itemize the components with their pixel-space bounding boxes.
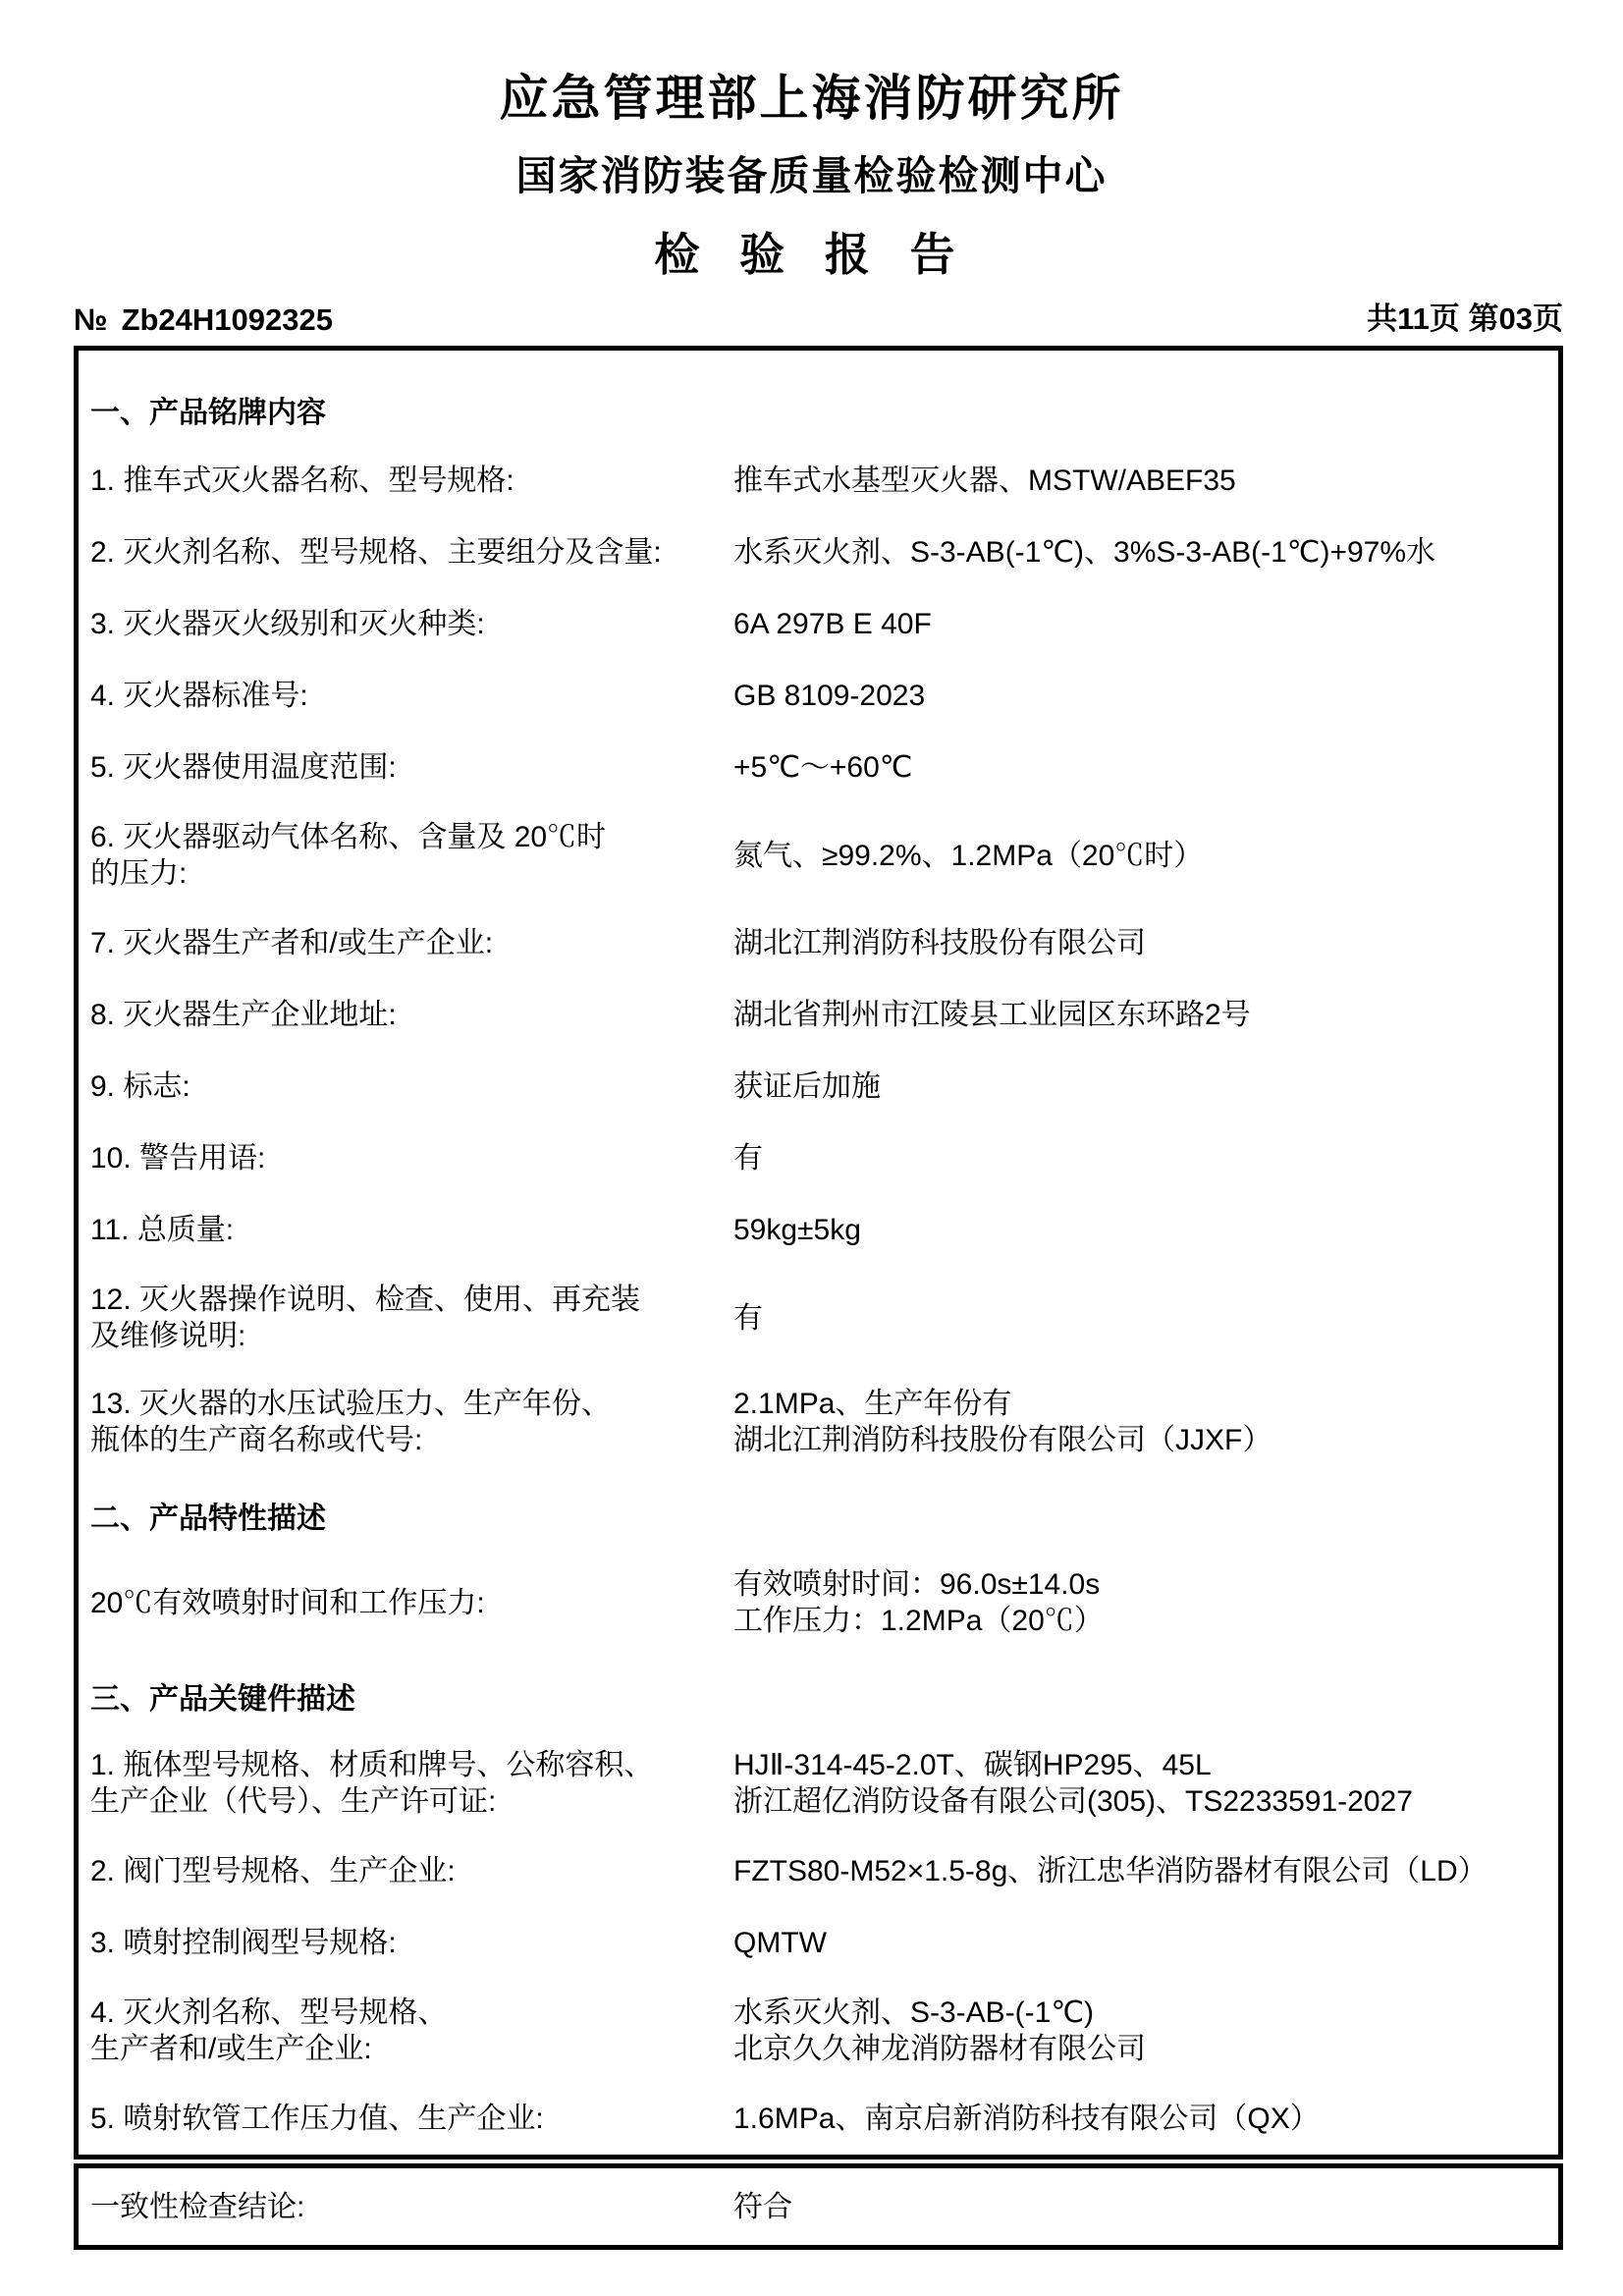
row-label: 7. 灭火器生产者和/或生产企业:	[90, 925, 733, 961]
conclusion-box: 一致性检查结论: 符合	[74, 2163, 1563, 2250]
table-row: 12. 灭火器操作说明、检查、使用、再充装 及维修说明: 有	[90, 1266, 1544, 1370]
row-value: 水系灭火剂、S-3-AB-(-1℃) 北京久久神龙消防器材有限公司	[733, 1995, 1544, 2067]
table-row: 4. 灭火器标准号: GB 8109-2023	[90, 660, 1544, 732]
report-page: 应急管理部上海消防研究所 国家消防装备质量检验检测中心 检 验 报 告 № Zb…	[0, 0, 1623, 2296]
org-name-line1: 应急管理部上海消防研究所	[0, 0, 1623, 130]
table-row: 1. 推车式灭火器名称、型号规格: 推车式水基型灭火器、MSTW/ABEF35	[90, 445, 1544, 517]
row-label: 5. 喷射软管工作压力值、生产企业:	[90, 2101, 733, 2137]
row-value: 获证后加施	[733, 1068, 1544, 1105]
table-row: 10. 警告用语: 有	[90, 1122, 1544, 1194]
row-value: 59kg±5kg	[733, 1212, 1544, 1248]
report-header: 应急管理部上海消防研究所 国家消防装备质量检验检测中心 检 验 报 告	[0, 0, 1623, 284]
row-value: +5℃～+60℃	[733, 749, 1544, 786]
table-row: 4. 灭火剂名称、型号规格、 生产者和/或生产企业: 水系灭火剂、S-3-AB-…	[90, 1979, 1544, 2083]
row-value: 有效喷射时间：96.0s±14.0s 工作压力：1.2MPa（20℃）	[733, 1566, 1544, 1639]
row-label: 4. 灭火器标准号:	[90, 678, 733, 714]
row-label: 5. 灭火器使用温度范围:	[90, 749, 733, 786]
row-value: 氮气、≥99.2%、1.2MPa（20℃时）	[733, 838, 1544, 874]
row-label: 3. 喷射控制阀型号规格:	[90, 1925, 733, 1961]
table-row: 5. 喷射软管工作压力值、生产企业: 1.6MPa、南京启新消防科技有限公司（Q…	[90, 2083, 1544, 2155]
row-value: FZTS80-M52×1.5-8g、浙江忠华消防器材有限公司（LD）	[733, 1853, 1544, 1889]
row-value: 6A 297B E 40F	[733, 606, 1544, 642]
row-value: 有	[733, 1300, 1544, 1337]
row-label: 2. 阀门型号规格、生产企业:	[90, 1853, 733, 1889]
section-title-characteristics: 二、产品特性描述	[90, 1494, 1544, 1537]
report-meta: № Zb24H1092325 共11页 第03页	[74, 294, 1563, 338]
table-row: 20℃有效喷射时间和工作压力: 有效喷射时间：96.0s±14.0s 工作压力：…	[90, 1551, 1544, 1655]
table-row: 7. 灭火器生产者和/或生产企业: 湖北江荆消防科技股份有限公司	[90, 907, 1544, 979]
row-label: 9. 标志:	[90, 1068, 733, 1105]
row-value: GB 8109-2023	[733, 678, 1544, 714]
row-label: 11. 总质量:	[90, 1212, 733, 1248]
row-value: 湖北省荆州市江陵县工业园区东环路2号	[733, 997, 1544, 1033]
table-row: 11. 总质量: 59kg±5kg	[90, 1194, 1544, 1266]
section-title-nameplate: 一、产品铭牌内容	[90, 388, 1544, 431]
table-row: 5. 灭火器使用温度范围: +5℃～+60℃	[90, 732, 1544, 803]
row-label: 2. 灭火剂名称、型号规格、主要组分及含量:	[90, 534, 733, 571]
row-label: 4. 灭火剂名称、型号规格、 生产者和/或生产企业:	[90, 1995, 733, 2067]
report-number: № Zb24H1092325	[74, 302, 333, 338]
section-title-key-parts: 三、产品关键件描述	[90, 1674, 1544, 1718]
row-label: 3. 灭火器灭火级别和灭火种类:	[90, 606, 733, 642]
row-value: 湖北江荆消防科技股份有限公司	[733, 925, 1544, 961]
page-indicator: 共11页 第03页	[1367, 294, 1563, 338]
row-label: 1. 推车式灭火器名称、型号规格:	[90, 463, 733, 499]
row-label: 6. 灭火器驱动气体名称、含量及 20℃时 的压力:	[90, 819, 733, 892]
row-label: 1. 瓶体型号规格、材质和牌号、公称容积、 生产企业（代号）、生产许可证:	[90, 1747, 733, 1820]
row-value: 1.6MPa、南京启新消防科技有限公司（QX）	[733, 2101, 1544, 2137]
table-row: 2. 阀门型号规格、生产企业: FZTS80-M52×1.5-8g、浙江忠华消防…	[90, 1835, 1544, 1907]
row-label: 13. 灭火器的水压试验压力、生产年份、 瓶体的生产商名称或代号:	[90, 1386, 733, 1458]
report-title: 检 验 报 告	[0, 219, 1623, 284]
row-value: HJⅡ-314-45-2.0T、碳钢HP295、45L 浙江超亿消防设备有限公司…	[733, 1747, 1544, 1820]
numero-symbol: №	[74, 302, 108, 338]
row-value: QMTW	[733, 1925, 1544, 1961]
row-value: 水系灭火剂、S-3-AB(-1℃)、3%S-3-AB(-1℃)+97%水	[733, 534, 1544, 571]
table-row: 2. 灭火剂名称、型号规格、主要组分及含量: 水系灭火剂、S-3-AB(-1℃)…	[90, 517, 1544, 588]
org-name-line2: 国家消防装备质量检验检测中心	[0, 143, 1623, 201]
report-number-value: Zb24H1092325	[122, 302, 333, 338]
table-row: 1. 瓶体型号规格、材质和牌号、公称容积、 生产企业（代号）、生产许可证: HJ…	[90, 1731, 1544, 1835]
conclusion-label: 一致性检查结论:	[90, 2189, 733, 2225]
table-row: 8. 灭火器生产企业地址: 湖北省荆州市江陵县工业园区东环路2号	[90, 979, 1544, 1051]
table-row: 13. 灭火器的水压试验压力、生产年份、 瓶体的生产商名称或代号: 2.1MPa…	[90, 1370, 1544, 1474]
row-value: 推车式水基型灭火器、MSTW/ABEF35	[733, 463, 1544, 499]
row-label: 8. 灭火器生产企业地址:	[90, 997, 733, 1033]
table-row: 3. 喷射控制阀型号规格: QMTW	[90, 1907, 1544, 1979]
table-row: 6. 灭火器驱动气体名称、含量及 20℃时 的压力: 氮气、≥99.2%、1.2…	[90, 803, 1544, 907]
row-label: 12. 灭火器操作说明、检查、使用、再充装 及维修说明:	[90, 1282, 733, 1354]
row-label: 20℃有效喷射时间和工作压力:	[90, 1585, 733, 1621]
row-label: 10. 警告用语:	[90, 1140, 733, 1176]
row-value: 2.1MPa、生产年份有 湖北江荆消防科技股份有限公司（JJXF）	[733, 1386, 1544, 1458]
conclusion-value: 符合	[733, 2189, 1544, 2225]
row-value: 有	[733, 1140, 1544, 1176]
report-body-table: 一、产品铭牌内容 1. 推车式灭火器名称、型号规格: 推车式水基型灭火器、MST…	[74, 346, 1563, 2159]
table-row: 9. 标志: 获证后加施	[90, 1051, 1544, 1122]
table-row: 3. 灭火器灭火级别和灭火种类: 6A 297B E 40F	[90, 588, 1544, 660]
